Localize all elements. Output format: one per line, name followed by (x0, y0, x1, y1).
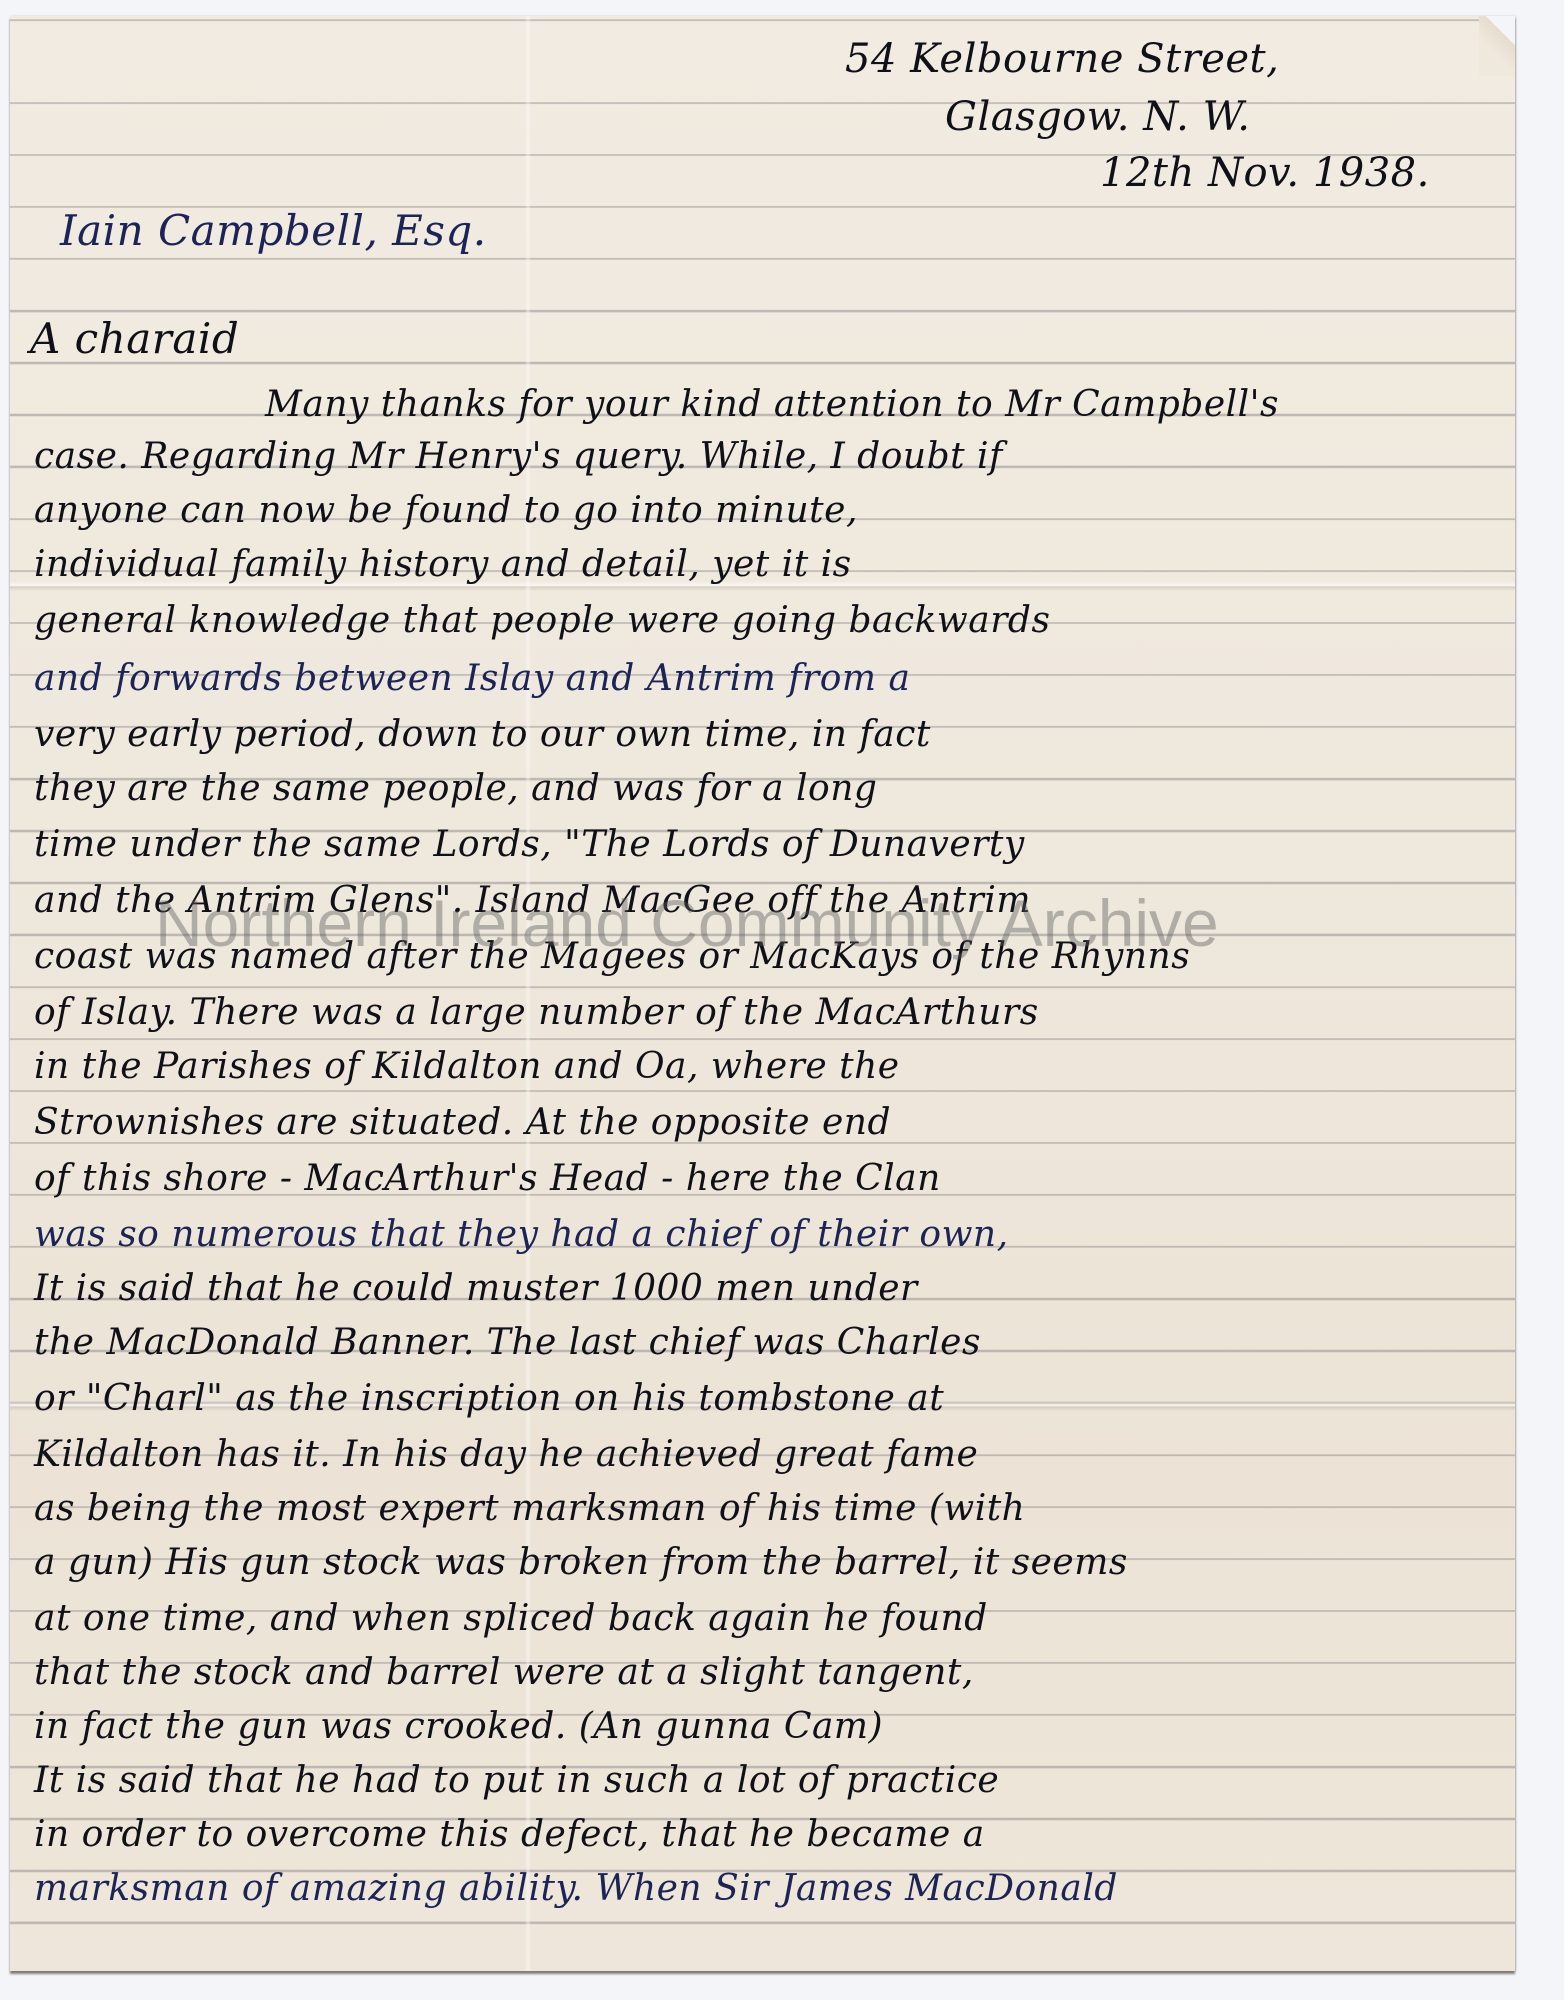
letter-line: coast was named after the Magees or MacK… (34, 936, 1190, 977)
letter-line: It is said that he had to put in such a … (34, 1760, 999, 1801)
letter-line: in order to overcome this defect, that h… (34, 1814, 985, 1855)
letter-line: Many thanks for your kind attention to M… (265, 384, 1279, 425)
letter-line: It is said that he could muster 1000 men… (34, 1268, 918, 1309)
letter-line: a gun) His gun stock was broken from the… (34, 1542, 1128, 1583)
greeting: A charaid (30, 314, 239, 363)
letter-page: 54 Kelbourne Street, Glasgow. N. W. 12th… (10, 16, 1515, 1971)
letter-line: the MacDonald Banner. The last chief was… (34, 1322, 981, 1363)
letter-line: or "Charl" as the inscription on his tom… (34, 1378, 944, 1419)
letter-line: at one time, and when spliced back again… (34, 1598, 988, 1639)
letter-line: general knowledge that people were going… (34, 600, 1050, 641)
letter-line: Kildalton has it. In his day he achieved… (34, 1434, 978, 1475)
recipient: Iain Campbell, Esq. (60, 206, 487, 255)
letter-line: individual family history and detail, ye… (34, 544, 852, 585)
address-street: 54 Kelbourne Street, (845, 36, 1279, 82)
letter-line: time under the same Lords, "The Lords of… (34, 824, 1025, 865)
letter-line: of this shore - MacArthur's Head - here … (34, 1158, 941, 1199)
letter-line: very early period, down to our own time,… (34, 714, 931, 755)
letter-date: 12th Nov. 1938. (1100, 150, 1430, 196)
letter-line: was so numerous that they had a chief of… (34, 1214, 1009, 1255)
letter-line: anyone can now be found to go into minut… (34, 490, 858, 531)
letter-line: Strownishes are situated. At the opposit… (34, 1102, 891, 1143)
letter-line: of Islay. There was a large number of th… (34, 992, 1039, 1033)
letter-line: that the stock and barrel were at a slig… (34, 1652, 974, 1693)
letter-line: in the Parishes of Kildalton and Oa, whe… (34, 1046, 900, 1087)
letter-line: case. Regarding Mr Henry's query. While,… (34, 436, 1003, 477)
letter-line: they are the same people, and was for a … (34, 768, 877, 809)
address-city: Glasgow. N. W. (945, 94, 1250, 140)
letter-line: marksman of amazing ability. When Sir Ja… (34, 1868, 1118, 1909)
folded-corner (1479, 16, 1515, 76)
letter-line: in fact the gun was crooked. (An gunna C… (34, 1706, 883, 1747)
letter-line: and the Antrim Glens". Island MacGee off… (34, 880, 1031, 921)
letter-line: and forwards between Islay and Antrim fr… (34, 658, 910, 699)
letter-line: as being the most expert marksman of his… (34, 1488, 1025, 1529)
